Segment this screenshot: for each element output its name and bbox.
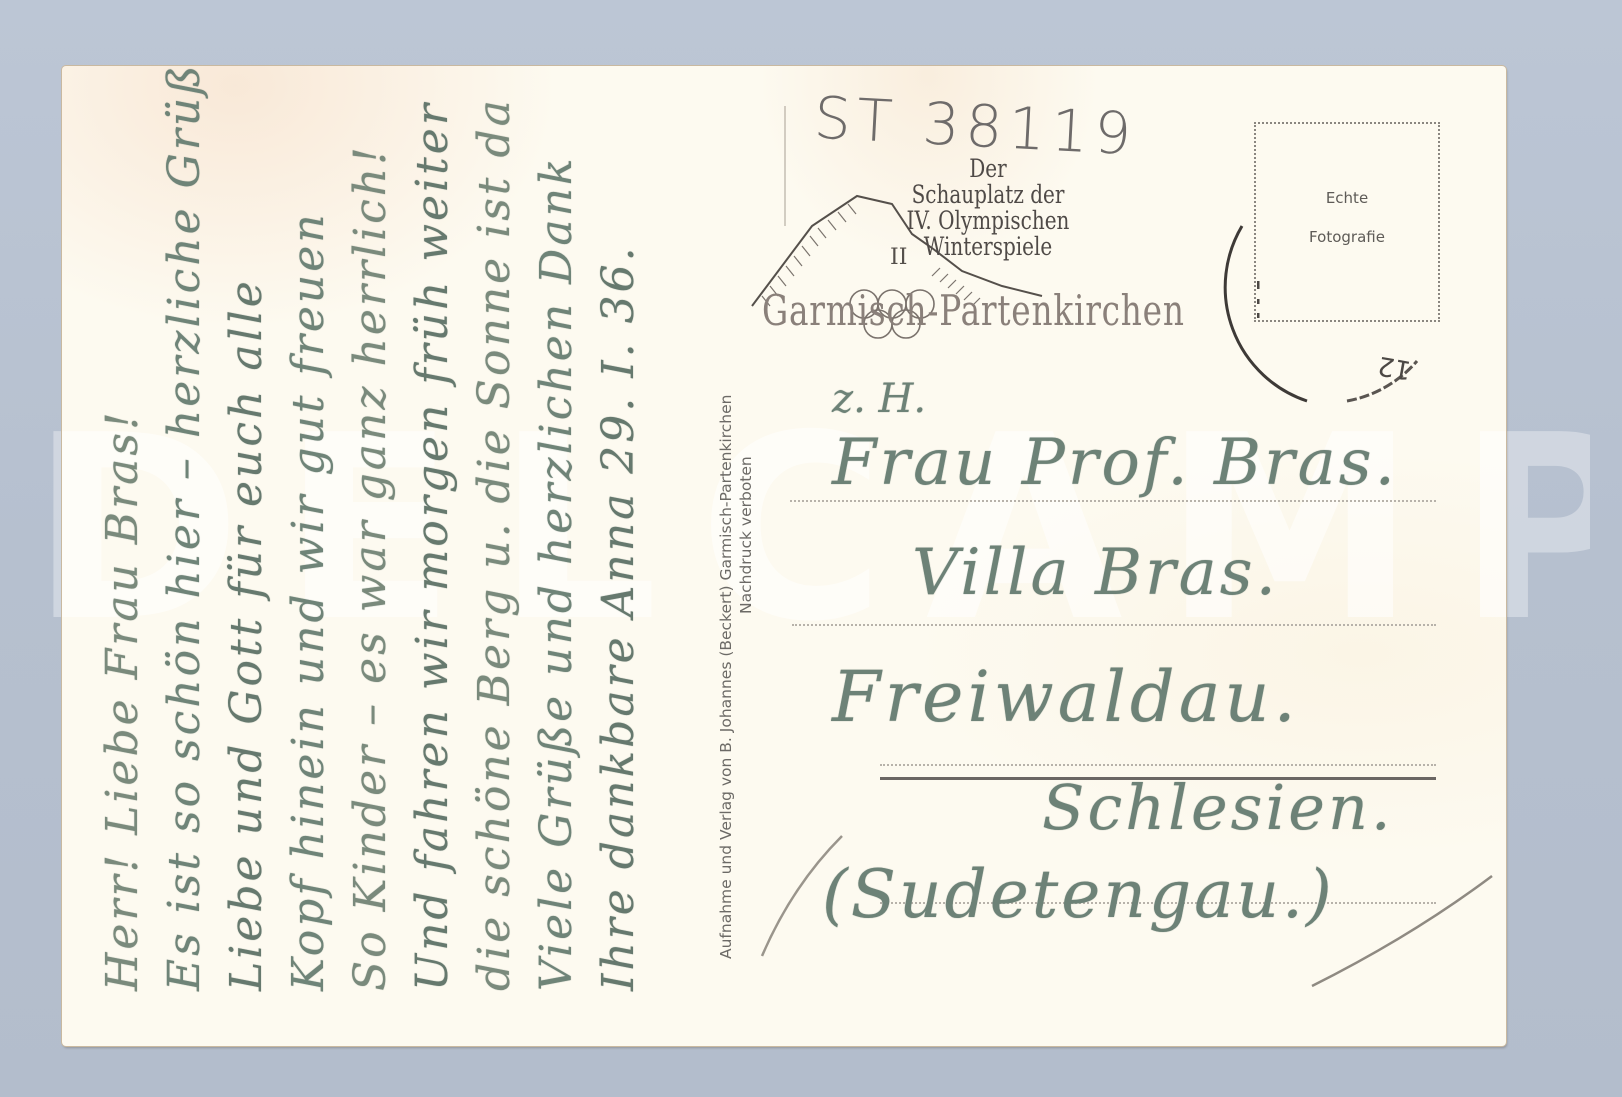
cancellation-slogan: Der Schauplatz der IV. Olympischen Winte…: [892, 156, 1084, 260]
message-line: Und fahren wir morgen früh weiter: [402, 111, 464, 991]
address-street: Villa Bras.: [912, 536, 1279, 610]
message-line: Es ist so schön hier – herzliche Grüße: [154, 111, 216, 991]
imprint-line: Aufnahme und Verlag von B. Johannes (Bec…: [716, 66, 736, 959]
postcard: DELCAMPE Herr! Liebe Frau Bras! Es ist s…: [62, 66, 1506, 1046]
cancellation-city: Garmisch-Partenkirchen: [762, 286, 1185, 335]
slogan-line: IV. Olympischen: [892, 208, 1084, 234]
stamp-box-label: Fotografie: [1256, 228, 1438, 246]
address-recipient: Frau Prof. Bras.: [832, 426, 1398, 500]
stamp-box: Echte Fotografie: [1254, 122, 1440, 322]
stamp-box-label: Echte: [1256, 189, 1438, 207]
address-line: [880, 764, 1436, 766]
handwritten-message: Herr! Liebe Frau Bras! Es ist so schön h…: [92, 111, 712, 991]
message-line: Kopf hinein und wir gut freuen: [278, 111, 340, 991]
pencil-mark-icon: [752, 806, 1506, 1006]
address-line: [790, 500, 1436, 502]
message-line: die schöne Berg u. die Sonne ist da: [464, 111, 526, 991]
address-attention: z. H.: [832, 376, 926, 422]
message-line: Herr! Liebe Frau Bras!: [92, 111, 154, 991]
svg-text:12: 12: [1376, 350, 1414, 385]
message-line: Liebe und Gott für euch alle: [216, 111, 278, 991]
slogan-line: Der: [892, 156, 1084, 182]
message-line: So Kinder – es war ganz herrlich!: [340, 111, 402, 991]
address-city: Freiwaldau.: [832, 656, 1300, 738]
slogan-line: Schauplatz der: [892, 182, 1084, 208]
address-line: [792, 624, 1436, 626]
slogan-line: Winterspiele: [892, 234, 1084, 260]
message-line: Viele Grüße und herzlichen Dank: [526, 111, 588, 991]
message-line: Ihre dankbare Anna 29. I. 36.: [588, 111, 650, 991]
